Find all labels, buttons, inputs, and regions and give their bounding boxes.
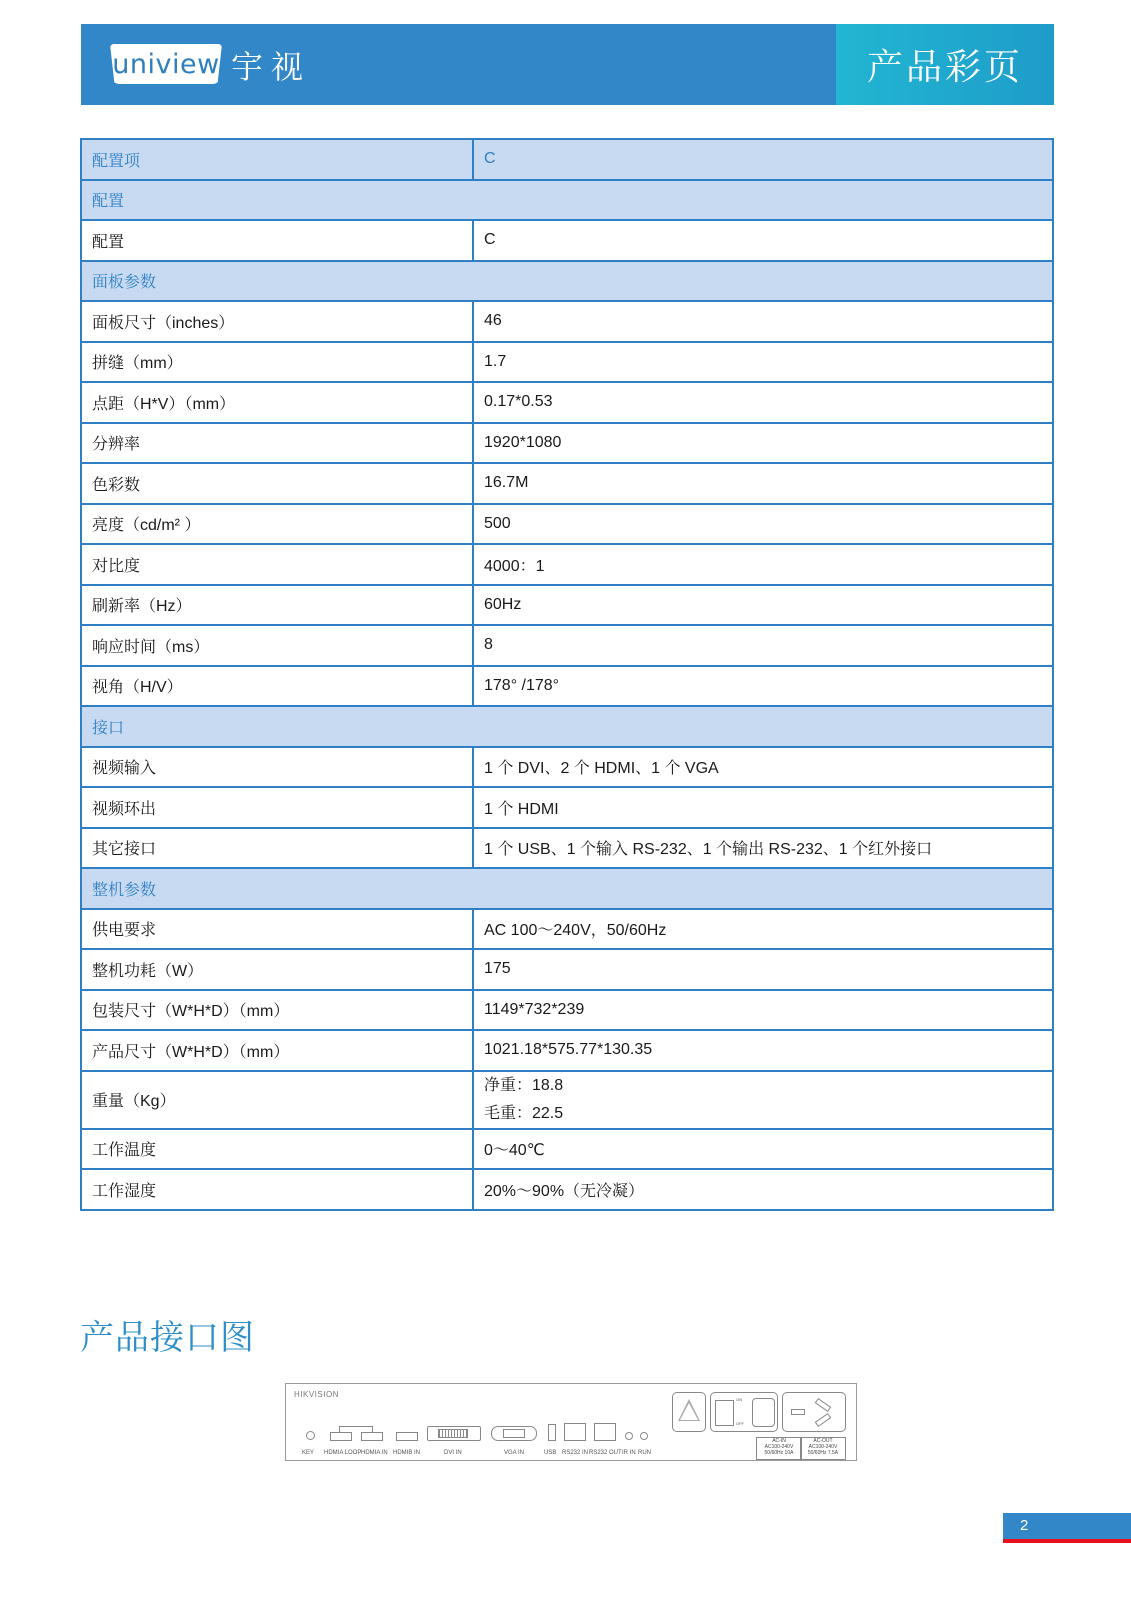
port-label-hdmib-in: HDMIB IN: [393, 1450, 420, 1456]
page-header: uniview 宇视 产品彩页: [81, 24, 1054, 105]
rocker-switch-icon: [715, 1400, 734, 1426]
table-row: 整机功耗（W）175: [81, 949, 1053, 990]
spec-value: 净重：18.8毛重：22.5: [473, 1071, 1053, 1129]
table-row: 工作温度0～40℃: [81, 1129, 1053, 1170]
ac-in-rating: 50/60Hz 10A: [757, 1450, 801, 1456]
header-key: 配置项: [81, 139, 473, 180]
spec-key: 产品尺寸（W*H*D）（mm）: [81, 1030, 473, 1071]
ac-out-spec: AC-OUT AC100-240V 50/60Hz 7.5A: [800, 1437, 846, 1460]
spec-key: 视频环出: [81, 787, 473, 828]
table-row: 配置C: [81, 220, 1053, 261]
usb-port-icon: [548, 1424, 556, 1441]
page-title: 产品彩页: [867, 39, 1023, 90]
spec-key: 色彩数: [81, 463, 473, 504]
port-label-hdmia-in: HDMIA IN: [361, 1450, 388, 1456]
port-label-hdmia-loop: HDMIA LOOP: [324, 1450, 361, 1456]
spec-value: 500: [473, 504, 1053, 545]
hdmia-loop-port-icon: [330, 1432, 352, 1441]
spec-value: 46: [473, 301, 1053, 342]
spec-key: 响应时间（ms）: [81, 625, 473, 666]
port-label-ir-in: IR IN: [622, 1450, 636, 1456]
rs232-out-port-icon: [594, 1423, 616, 1441]
table-row: 其它接口1 个 USB、1 个输入 RS-232、1 个输出 RS-232、1 …: [81, 828, 1053, 869]
section-title: 配置: [81, 180, 1053, 221]
port-label-usb: USB: [544, 1450, 556, 1456]
interface-section-title: 产品接口图: [80, 1310, 255, 1359]
spec-key: 刷新率（Hz）: [81, 585, 473, 626]
rs232-in-port-icon: [564, 1423, 586, 1441]
port-label-rs232-in: RS232 IN: [562, 1450, 588, 1456]
spec-value-line: 毛重：22.5: [484, 1100, 1052, 1128]
section-row: 接口: [81, 706, 1053, 747]
section-row: 面板参数: [81, 261, 1053, 302]
table-row: 响应时间（ms）8: [81, 625, 1053, 666]
hdmia-in-port-icon: [361, 1432, 383, 1441]
spec-key: 视角（H/V）: [81, 666, 473, 707]
table-row: 产品尺寸（W*H*D）（mm）1021.18*575.77*130.35: [81, 1030, 1053, 1071]
port-label-rs232-out: RS232 OUT: [589, 1450, 622, 1456]
spec-value: 20%～90%（无冷凝）: [473, 1169, 1053, 1210]
port-label-key: KEY: [302, 1450, 314, 1456]
spec-value: 8: [473, 625, 1053, 666]
spec-value: 4000：1: [473, 544, 1053, 585]
loop-connector-icon: [339, 1426, 373, 1432]
table-row: 面板尺寸（inches）46: [81, 301, 1053, 342]
spec-value: 1.7: [473, 342, 1053, 383]
ac-socket-icon: [752, 1398, 775, 1427]
vga-pins-icon: [503, 1429, 525, 1438]
spec-key: 重量（Kg）: [81, 1071, 473, 1129]
header-brand-bar: uniview 宇视: [81, 24, 836, 105]
spec-key: 工作温度: [81, 1129, 473, 1170]
spec-key: 整机功耗（W）: [81, 949, 473, 990]
section-row: 整机参数: [81, 868, 1053, 909]
table-header-row: 配置项 C: [81, 139, 1053, 180]
port-label-vga-in: VGA IN: [504, 1450, 524, 1456]
table-row: 工作湿度20%～90%（无冷凝）: [81, 1169, 1053, 1210]
diagram-brand: HIKVISION: [294, 1390, 339, 1399]
spec-value: 0～40℃: [473, 1129, 1053, 1170]
spec-value: 1 个 DVI、2 个 HDMI、1 个 VGA: [473, 747, 1053, 788]
table-row: 色彩数16.7M: [81, 463, 1053, 504]
spec-key: 包装尺寸（W*H*D）（mm）: [81, 990, 473, 1031]
spec-value: 175: [473, 949, 1053, 990]
interface-diagram: HIKVISION ON OFF AC-IN AC100-240V 50/60H…: [285, 1383, 857, 1461]
spec-key: 点距（H*V）（mm）: [81, 382, 473, 423]
spec-value: C: [473, 220, 1053, 261]
page-number: 2: [1020, 1517, 1028, 1534]
spec-key: 工作湿度: [81, 1169, 473, 1210]
table-row: 视频环出1 个 HDMI: [81, 787, 1053, 828]
spec-key: 分辨率: [81, 423, 473, 464]
section-title: 面板参数: [81, 261, 1053, 302]
switch-off-label: OFF: [736, 1421, 744, 1426]
spec-key: 其它接口: [81, 828, 473, 869]
table-row: 拼缝（mm）1.7: [81, 342, 1053, 383]
warning-icon: [672, 1392, 706, 1432]
hdmib-in-port-icon: [396, 1432, 418, 1441]
spec-key: 供电要求: [81, 909, 473, 950]
ac-out-socket-icon: [782, 1392, 846, 1432]
header-title-bar: 产品彩页: [836, 24, 1054, 105]
spec-value-line: 净重：18.8: [484, 1072, 1052, 1100]
table-row: 亮度（cd/m² ）500: [81, 504, 1053, 545]
table-row: 重量（Kg）净重：18.8毛重：22.5: [81, 1071, 1053, 1129]
spec-value: 1 个 USB、1 个输入 RS-232、1 个输出 RS-232、1 个红外接…: [473, 828, 1053, 869]
ac-in-spec: AC-IN AC100-240V 50/60Hz 10A: [756, 1437, 802, 1460]
spec-value: AC 100～240V，50/60Hz: [473, 909, 1053, 950]
table-row: 点距（H*V）（mm）0.17*0.53: [81, 382, 1053, 423]
page-number-badge: 2: [1003, 1513, 1131, 1543]
spec-value: 1149*732*239: [473, 990, 1053, 1031]
section-title: 接口: [81, 706, 1053, 747]
table-row: 包装尺寸（W*H*D）（mm）1149*732*239: [81, 990, 1053, 1031]
port-label-run: RUN: [638, 1450, 651, 1456]
dvi-pins-icon: [438, 1429, 468, 1438]
spec-value: 16.7M: [473, 463, 1053, 504]
ac-out-rating: 50/60Hz 7.5A: [801, 1450, 845, 1456]
uniview-logo: uniview: [110, 44, 222, 84]
spec-key: 亮度（cd/m² ）: [81, 504, 473, 545]
ac-out-slot-icon: [815, 1398, 832, 1412]
spec-key: 拼缝（mm）: [81, 342, 473, 383]
section-row: 配置: [81, 180, 1053, 221]
spec-value: 0.17*0.53: [473, 382, 1053, 423]
power-switch-icon: ON OFF: [710, 1392, 778, 1432]
spec-value: 60Hz: [473, 585, 1053, 626]
spec-key: 配置: [81, 220, 473, 261]
spec-key: 视频输入: [81, 747, 473, 788]
ac-out-slot-icon: [815, 1413, 832, 1427]
table-row: 供电要求AC 100～240V，50/60Hz: [81, 909, 1053, 950]
spec-value: 1920*1080: [473, 423, 1053, 464]
switch-on-label: ON: [736, 1397, 742, 1402]
key-port-icon: [306, 1431, 315, 1440]
header-value: C: [473, 139, 1053, 180]
table-row: 刷新率（Hz）60Hz: [81, 585, 1053, 626]
logo-chinese-name: 宇视: [231, 42, 311, 88]
table-row: 视频输入1 个 DVI、2 个 HDMI、1 个 VGA: [81, 747, 1053, 788]
table-row: 对比度4000：1: [81, 544, 1053, 585]
spec-value: 1 个 HDMI: [473, 787, 1053, 828]
section-title: 整机参数: [81, 868, 1053, 909]
table-row: 视角（H/V）178° /178°: [81, 666, 1053, 707]
ir-in-port-icon: [625, 1432, 633, 1440]
logo-text: uniview: [112, 49, 219, 80]
spec-table: 配置项 C 配置配置C面板参数面板尺寸（inches）46拼缝（mm）1.7点距…: [80, 138, 1054, 1211]
spec-key: 面板尺寸（inches）: [81, 301, 473, 342]
spec-key: 对比度: [81, 544, 473, 585]
port-label-dvi-in: DVI IN: [444, 1450, 462, 1456]
table-row: 分辨率1920*1080: [81, 423, 1053, 464]
spec-value: 178° /178°: [473, 666, 1053, 707]
spec-value: 1021.18*575.77*130.35: [473, 1030, 1053, 1071]
run-led-icon: [640, 1432, 648, 1440]
ac-out-pin-icon: [791, 1409, 805, 1415]
